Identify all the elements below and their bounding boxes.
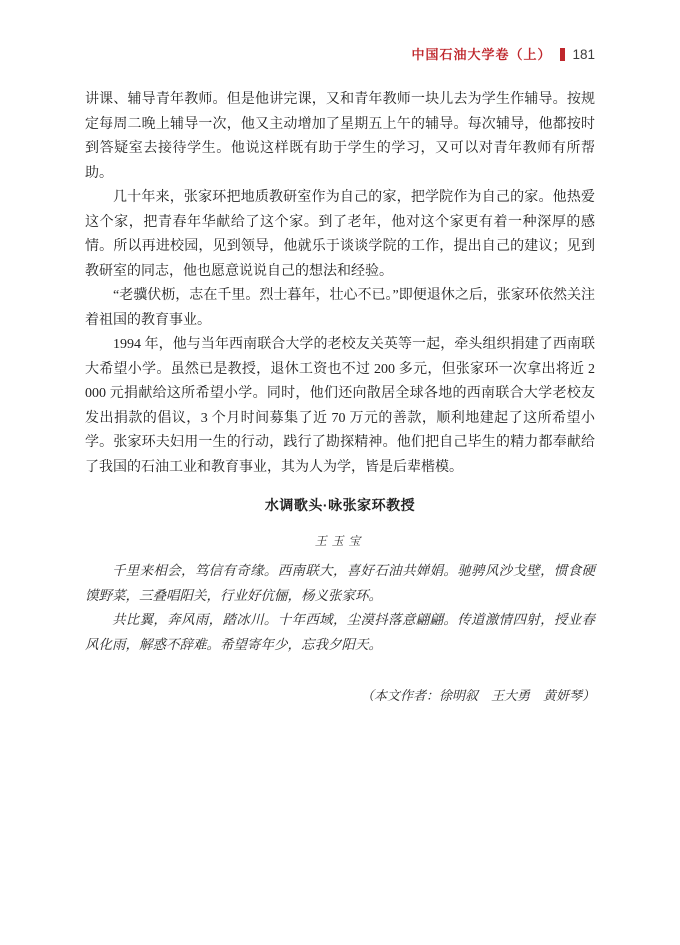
article-byline: （本文作者：徐明叙 王大勇 黄妍琴） [85, 684, 595, 709]
poem-stanza: 千里来相会，笃信有奇缘。西南联大，喜好石油共婵娟。驰骋风沙戈壁，惯食硬馍野菜，三… [85, 559, 595, 608]
poem-body: 千里来相会，笃信有奇缘。西南联大，喜好石油共婵娟。驰骋风沙戈壁，惯食硬馍野菜，三… [85, 559, 595, 657]
book-page: 中国石油大学卷（上）181 讲课、辅导青年教师。但是他讲完课，又和青年教师一块儿… [0, 0, 680, 945]
body-paragraph: 讲课、辅导青年教师。但是他讲完课，又和青年教师一块儿去为学生作辅导。按规定每周二… [85, 88, 595, 186]
body-paragraph: “老骥伏枥，志在千里。烈士暮年，壮心不已。”即便退休之后，张家环依然关注着祖国的… [85, 284, 595, 333]
page-header: 中国石油大学卷（上）181 [85, 44, 595, 62]
poem-title: 水调歌头·咏张家环教授 [85, 493, 595, 518]
header-divider-bar [560, 48, 565, 61]
page-content: 讲课、辅导青年教师。但是他讲完课，又和青年教师一块儿去为学生作辅导。按规定每周二… [85, 88, 595, 709]
body-paragraph: 几十年来，张家环把地质教研室作为自己的家，把学院作为自己的家。他热爱这个家，把青… [85, 186, 595, 284]
page-number: 181 [572, 47, 595, 62]
body-paragraph: 1994 年，他与当年西南联合大学的老校友关英等一起，牵头组织捐建了西南联大希望… [85, 333, 595, 480]
poem-author: 王玉宝 [85, 529, 595, 554]
poem-stanza: 共比翼，奔风雨，踏冰川。十年西域，尘漠抖落意翩翩。传道激情四射，授业春风化雨，解… [85, 608, 595, 657]
book-title: 中国石油大学卷（上） [411, 47, 551, 62]
